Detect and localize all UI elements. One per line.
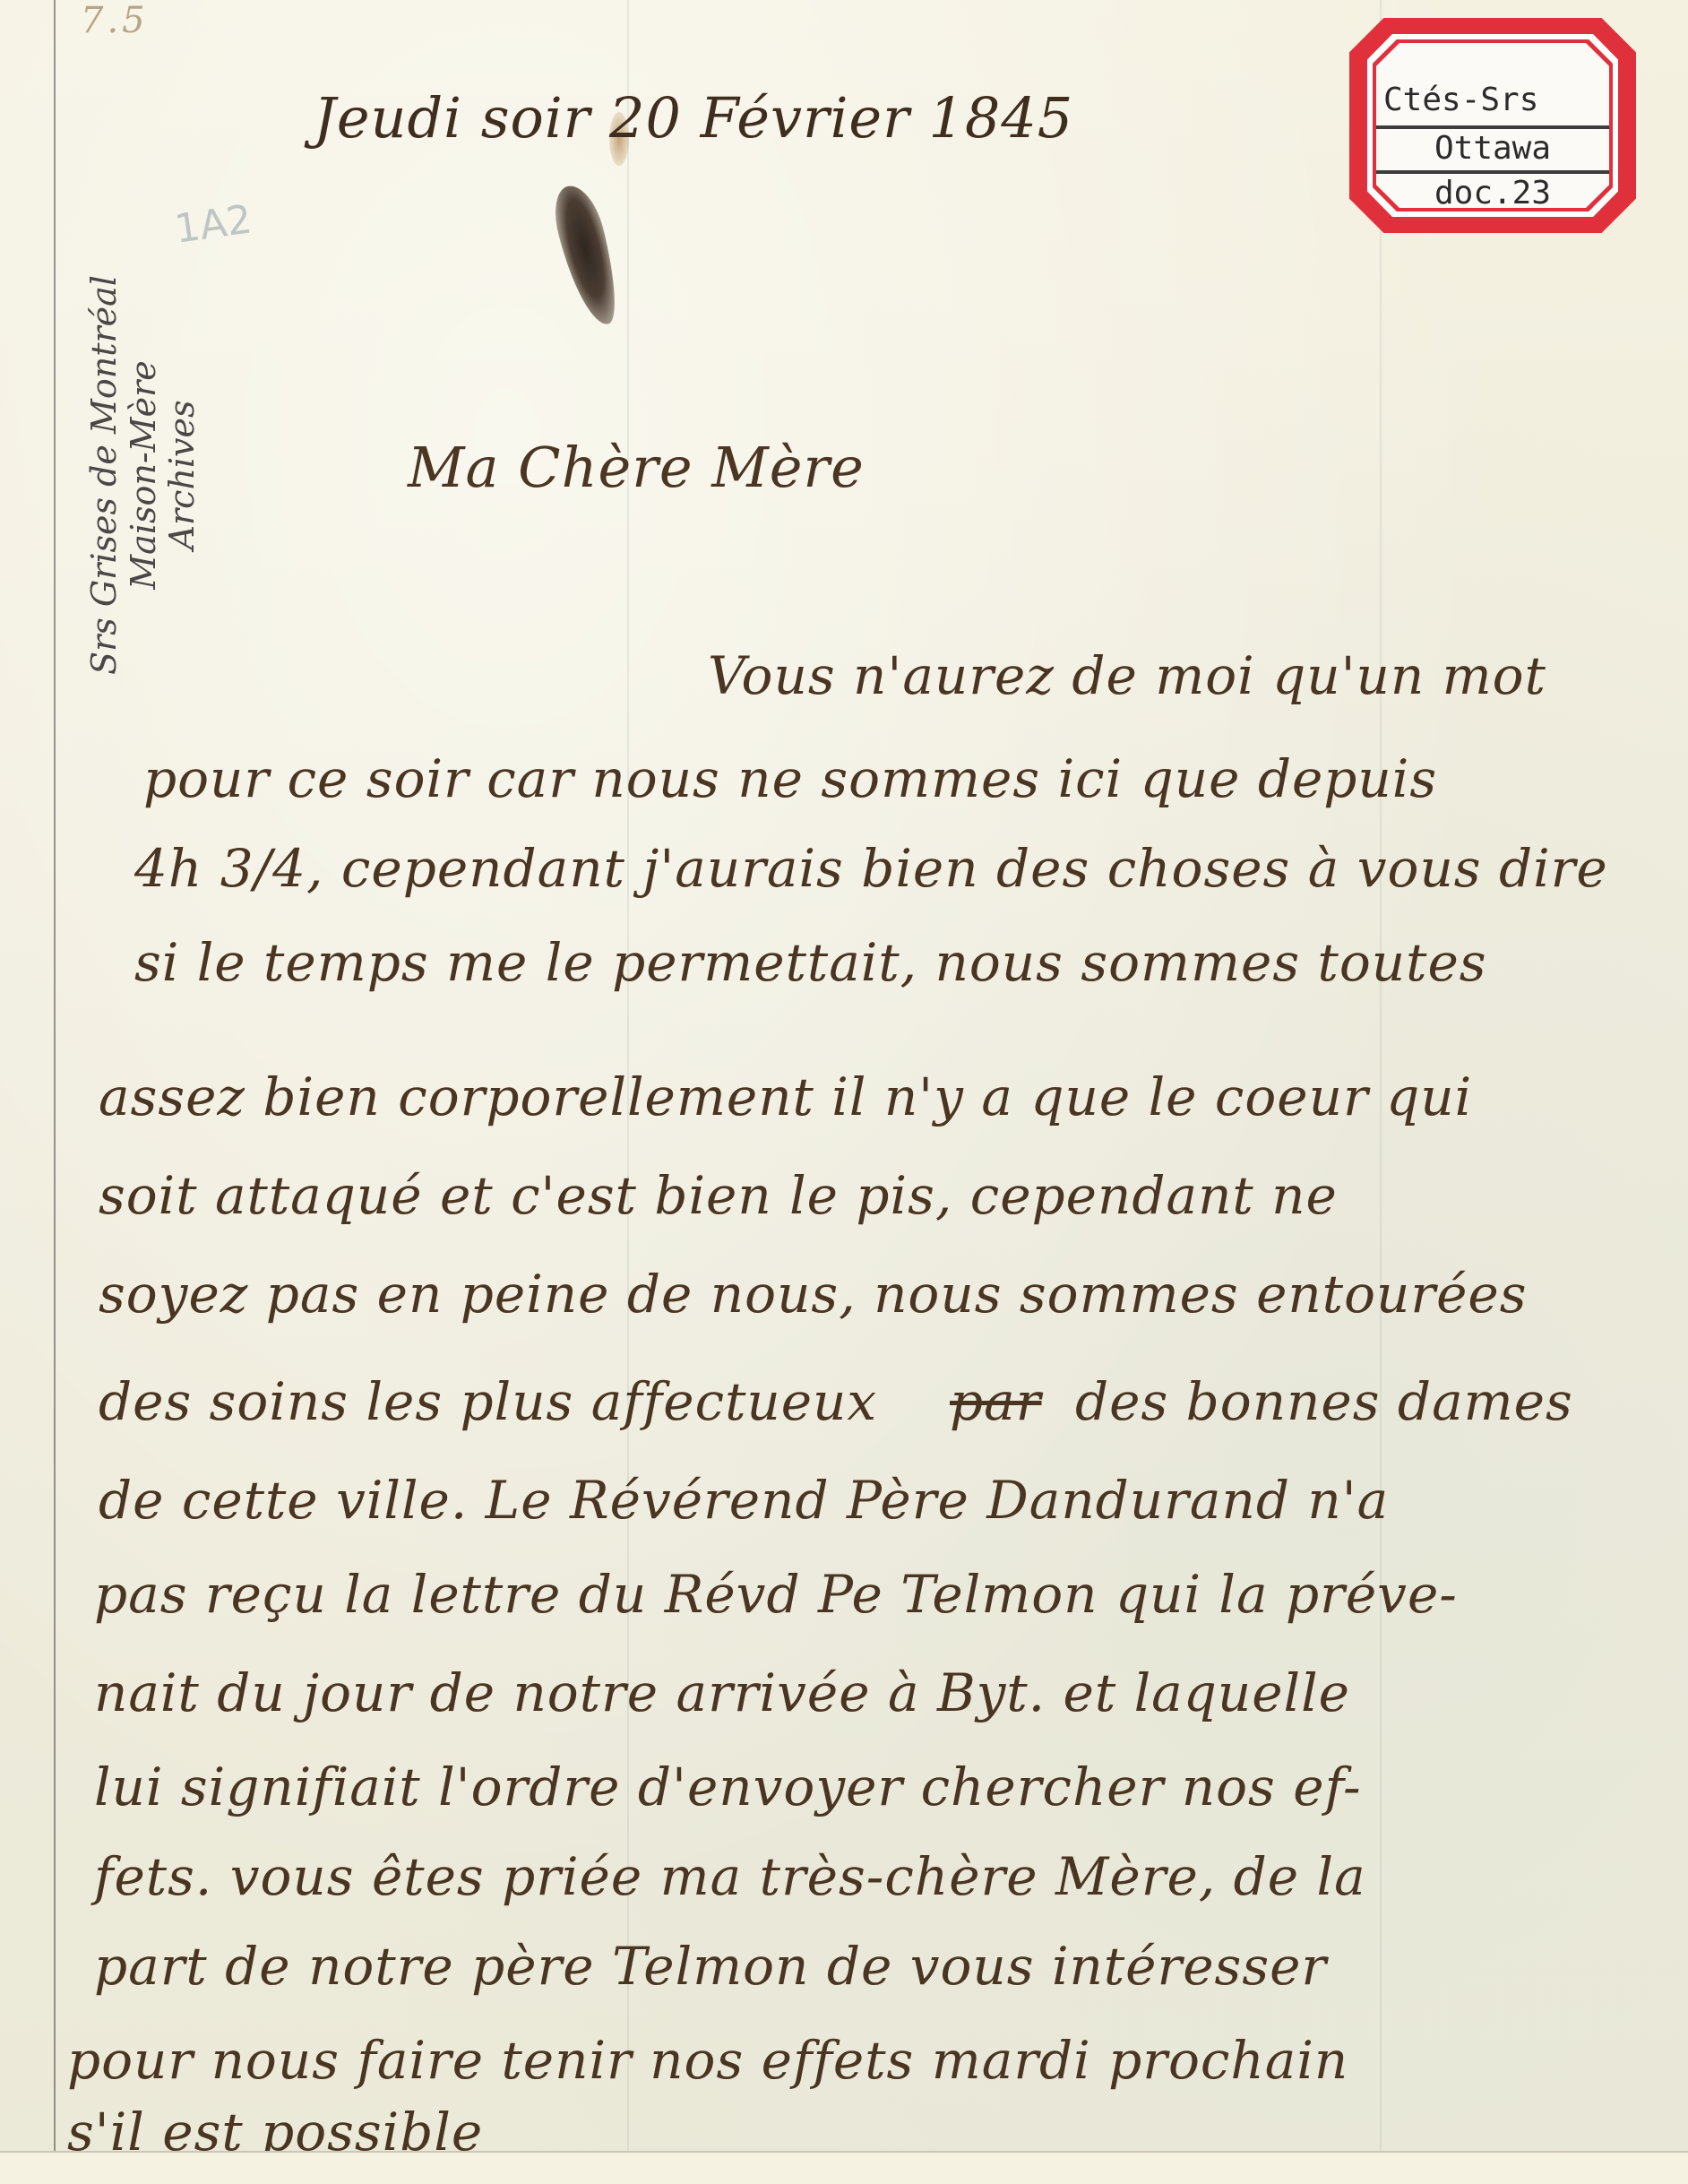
letter-line: soit attaqué et c'est bien le pis, cepen…: [99, 1165, 1338, 1226]
archive-stamp: Srs Grises de Montréal Maison-Mère Archi…: [85, 260, 202, 690]
letter-line: 4h 3/4, cependant j'aurais bien des chos…: [134, 838, 1608, 899]
letter-page: 7.5 1A2 Srs Grises de Montréal Maison-Mè…: [0, 0, 1688, 2184]
margin-rule: [54, 0, 56, 2184]
letter-line: des bonnes dames: [1075, 1371, 1573, 1432]
letter-line: si le temps me le permettait, nous somme…: [134, 932, 1487, 993]
letter-date: Jeudi soir 20 Février 1845: [314, 85, 1073, 151]
archive-stamp-line1: Srs Grises de Montréal: [85, 260, 125, 690]
lower-paper-edge: [0, 2151, 1688, 2184]
corner-ink-mark: 7.5: [81, 0, 149, 41]
archive-stamp-line3: Archives: [163, 260, 202, 690]
label-divider: [1376, 170, 1609, 174]
pencil-annotation: 1A2: [172, 196, 254, 252]
letter-line: pas reçu la lettre du Révd Pe Telmon qui…: [94, 1564, 1458, 1625]
letter-line: assez bien corporellement il n'y a que l…: [99, 1066, 1472, 1127]
letter-line: Vous n'aurez de moi qu'un mot: [708, 645, 1546, 706]
letter-line: des soins les plus affectueux: [99, 1371, 877, 1432]
ink-blot: [547, 180, 625, 330]
letter-line: nait du jour de notre arrivée à Byt. et …: [94, 1662, 1350, 1723]
archive-stamp-line2: Maison-Mère: [125, 260, 164, 690]
label-divider: [1376, 125, 1609, 129]
struck-word: par: [950, 1371, 1041, 1432]
letter-salutation: Ma Chère Mère: [408, 435, 865, 500]
letter-line: de cette ville. Le Révérend Père Dandura…: [99, 1470, 1389, 1531]
letter-line: soyez pas en peine de nous, nous sommes …: [99, 1264, 1528, 1325]
letter-line: pour nous faire tenir nos effets mardi p…: [67, 2030, 1348, 2091]
label-collection: Ctés-Srs: [1383, 82, 1616, 118]
letter-line: lui signifiait l'ordre d'envoyer cherche…: [94, 1757, 1362, 1817]
letter-line: fets. vous êtes priée ma très-chère Mère…: [94, 1846, 1366, 1907]
letter-line: part de notre père Telmon de vous intére…: [94, 1936, 1327, 1997]
archive-label: Ctés-Srs Ottawa doc.23: [1349, 18, 1636, 233]
label-location: Ottawa: [1376, 131, 1609, 167]
label-doc-number: doc.23: [1376, 176, 1609, 211]
letter-line: pour ce soir car nous ne sommes ici que …: [143, 748, 1437, 809]
